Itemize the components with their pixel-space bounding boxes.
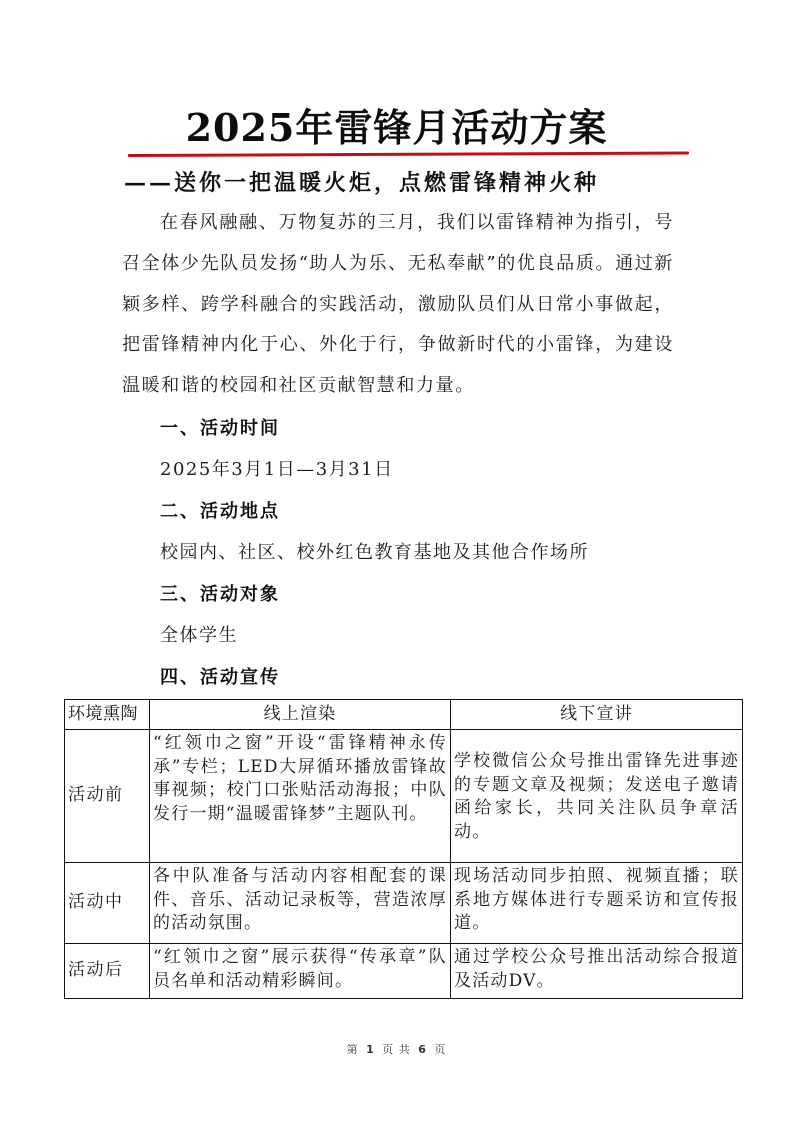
table-header-online: 线上渲染 bbox=[150, 700, 451, 730]
page-footer: 第 1 页 共 6 页 bbox=[0, 1041, 793, 1057]
table-cell-stage: 活动中 bbox=[65, 863, 150, 944]
section-content-audience: 全体学生 bbox=[160, 623, 238, 649]
table-cell-offline: 学校微信公众号推出雷锋先进事迹的专题文章及视频；发送电子邀请函给家长，共同关注队… bbox=[451, 730, 743, 863]
section-heading-time: 一、活动时间 bbox=[160, 416, 280, 442]
table-row: 活动中 各中队准备与活动内容相配套的课件、音乐、活动记录板等，营造浓厚的活动氛围… bbox=[65, 863, 743, 944]
table-header-environment: 环境熏陶 bbox=[65, 700, 150, 730]
footer-current-page: 1 bbox=[366, 1043, 375, 1056]
page-title: 2025年雷锋月活动方案 bbox=[0, 104, 793, 152]
table-cell-stage: 活动后 bbox=[65, 944, 150, 999]
footer-suffix: 页 bbox=[434, 1043, 446, 1056]
footer-total-pages: 6 bbox=[418, 1043, 427, 1056]
intro-paragraph: 在春风融融、万物复苏的三月，我们以雷锋精神为指引，号召全体少先队员发扬“助人为乐… bbox=[122, 203, 674, 407]
section-content-time: 2025年3月1日—3月31日 bbox=[160, 457, 394, 483]
promotion-table: 环境熏陶 线上渲染 线下宣讲 活动前 “红领巾之窗”开设“雷锋精神永传承”专栏；… bbox=[64, 699, 743, 999]
table-header-offline: 线下宣讲 bbox=[451, 700, 743, 730]
table-cell-offline: 通过学校公众号推出活动综合报道及活动DV。 bbox=[451, 944, 743, 999]
table-cell-online: “红领巾之窗”展示获得“传承章”队员名单和活动精彩瞬间。 bbox=[150, 944, 451, 999]
footer-middle: 页 共 bbox=[382, 1043, 411, 1056]
title-red-divider bbox=[128, 152, 689, 157]
section-content-location: 校园内、社区、校外红色教育基地及其他合作场所 bbox=[160, 540, 589, 566]
page-subtitle: ——送你一把温暖火炬，点燃雷锋精神火种 bbox=[124, 167, 724, 199]
table-cell-online: 各中队准备与活动内容相配套的课件、音乐、活动记录板等，营造浓厚的活动氛围。 bbox=[150, 863, 451, 944]
footer-prefix: 第 bbox=[347, 1043, 359, 1056]
table-row: 活动后 “红领巾之窗”展示获得“传承章”队员名单和活动精彩瞬间。 通过学校公众号… bbox=[65, 944, 743, 999]
table-cell-stage: 活动前 bbox=[65, 730, 150, 863]
table-cell-online: “红领巾之窗”开设“雷锋精神永传承”专栏；LED大屏循环播放雷锋故事视频；校门口… bbox=[150, 730, 451, 863]
section-heading-location: 二、活动地点 bbox=[160, 499, 280, 525]
table-cell-offline: 现场活动同步拍照、视频直播；联系地方媒体进行专题采访和宣传报道。 bbox=[451, 863, 743, 944]
section-heading-promotion: 四、活动宣传 bbox=[160, 665, 280, 691]
table-row: 活动前 “红领巾之窗”开设“雷锋精神永传承”专栏；LED大屏循环播放雷锋故事视频… bbox=[65, 730, 743, 863]
document-page: 2025年雷锋月活动方案 ——送你一把温暖火炬，点燃雷锋精神火种 在春风融融、万… bbox=[0, 0, 793, 1122]
section-heading-audience: 三、活动对象 bbox=[160, 582, 280, 608]
table-header-row: 环境熏陶 线上渲染 线下宣讲 bbox=[65, 700, 743, 730]
